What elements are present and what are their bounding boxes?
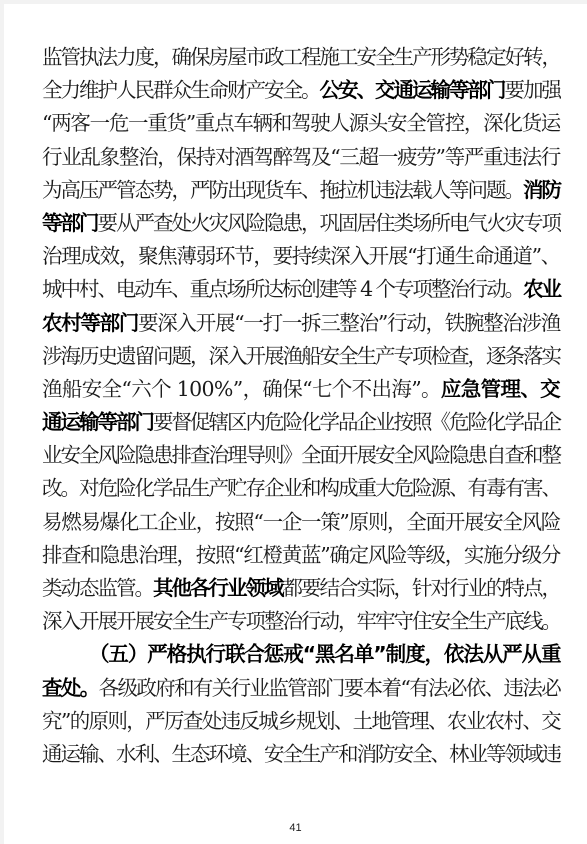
text-line: 等部门要从严查处火灾风险隐患，巩固居住类场所电气火灾专项 [42, 207, 560, 240]
text-line: 行业乱象整治，保持对酒驾醉驾及“三超一疲劳”等严重违法行 [42, 141, 560, 174]
text-segment: 为高压严管态势，严防出现货车、拖拉机违法载人等问题。 [42, 178, 523, 202]
text-line: 涉海历史遗留问题，深入开展渔船安全生产专项检查，逐条落实 [42, 340, 560, 373]
text-segment: 要深入开展“一打一拆三整治”行动，铁腕整治涉渔 [138, 311, 560, 335]
text-line: 改。对危险化学品生产贮存企业和构成重大危险源、有毒有害、 [42, 472, 560, 505]
bold-text-segment: 通运输等部门 [42, 410, 153, 434]
text-segment: 要督促辖区内危险化学品企业按照《危险化学品企 [153, 410, 560, 434]
text-segment: 要加强 [505, 78, 561, 102]
text-line: 全力维护人民群众生命财产安全。公安、交通运输等部门要加强 [42, 74, 560, 107]
document-page: 监管执法力度，确保房屋市政工程施工安全生产形势稳定好转，全力维护人民群众生命财产… [4, 4, 587, 844]
text-segment: 各级政府和有关行业监管部门要本着“有法必依、违法必 [99, 676, 560, 700]
text-line: 排查和隐患治理，按照“红橙黄蓝”确定风险等级，实施分级分 [42, 539, 560, 572]
text-segment: 治理成效，聚焦薄弱环节，要持续深入开展“打通生命通道”、 [42, 244, 560, 268]
text-line: “两客一危一重货”重点车辆和驾驶人源头安全管控，深化货运 [42, 107, 560, 140]
section-heading-line: （五）严格执行联合惩戒“黑名单”制度，依法从严从重 [42, 638, 560, 671]
text-segment: 全力维护人民群众生命财产安全。 [42, 78, 320, 102]
bold-text-segment: 其他各行业领域 [153, 576, 283, 600]
text-segment: 通运输、水利、生态环境、安全生产和消防安全、林业等领域违 [42, 742, 560, 766]
text-segment: 监管执法力度，确保房屋市政工程施工安全生产形势稳定好转， [42, 45, 560, 69]
text-line: 农村等部门要深入开展“一打一拆三整治”行动，铁腕整治涉渔 [42, 307, 560, 340]
text-line: 类动态监管。其他各行业领域都要结合实际，针对行业的特点， [42, 572, 560, 605]
bold-text-segment: 应急管理、交 [441, 377, 560, 401]
bold-text-segment: （五）严格执行联合惩戒“黑名单”制度，依法从严从重 [89, 642, 560, 666]
bold-text-segment: 农业 [523, 277, 560, 301]
text-segment: 要从严查处火灾风险隐患，巩固居住类场所电气火灾专项 [98, 211, 561, 235]
text-segment: 渔船安全“六个 100%”，确保“七个不出海”。 [42, 377, 441, 401]
text-segment: 究”的原则，严厉查处违反城乡规划、土地管理、农业农村、交 [42, 709, 560, 733]
text-segment: 排查和隐患治理，按照“红橙黄蓝”确定风险等级，实施分级分 [42, 543, 560, 567]
page-number: 41 [4, 822, 587, 834]
bold-text-segment: 消防 [523, 178, 560, 202]
text-line: 查处。各级政府和有关行业监管部门要本着“有法必依、违法必 [42, 672, 560, 705]
bold-text-segment: 查处。 [42, 676, 99, 700]
text-segment: 易燃易爆化工企业，按照“一企一策”原则，全面开展安全风险 [42, 510, 560, 534]
text-segment: 城中村、电动车、重点场所达标创建等 4 个专项整治行动。 [42, 277, 523, 301]
text-segment: 都要结合实际，针对行业的特点， [283, 576, 561, 600]
body-text: 监管执法力度，确保房屋市政工程施工安全生产形势稳定好转，全力维护人民群众生命财产… [42, 41, 560, 771]
text-line: 监管执法力度，确保房屋市政工程施工安全生产形势稳定好转， [42, 41, 560, 74]
text-line: 为高压严管态势，严防出现货车、拖拉机违法载人等问题。消防 [42, 174, 560, 207]
text-line: 易燃易爆化工企业，按照“一企一策”原则，全面开展安全风险 [42, 506, 560, 539]
text-line: 究”的原则，严厉查处违反城乡规划、土地管理、农业农村、交 [42, 705, 560, 738]
text-segment: 行业乱象整治，保持对酒驾醉驾及“三超一疲劳”等严重违法行 [42, 145, 560, 169]
text-segment: 业安全风险隐患排查治理导则》全面开展安全风险隐患自查和整 [42, 443, 560, 467]
text-line: 深入开展开展安全生产专项整治行动，牢牢守住安全生产底线。 [42, 605, 560, 638]
text-line: 渔船安全“六个 100%”，确保“七个不出海”。应急管理、交 [42, 373, 560, 406]
text-segment: 改。对危险化学品生产贮存企业和构成重大危险源、有毒有害、 [42, 476, 560, 500]
text-line: 治理成效，聚焦薄弱环节，要持续深入开展“打通生命通道”、 [42, 240, 560, 273]
text-segment: 涉海历史遗留问题，深入开展渔船安全生产专项检查，逐条落实 [42, 344, 560, 368]
text-segment: “两客一危一重货”重点车辆和驾驶人源头安全管控，深化货运 [42, 111, 560, 135]
text-line: 通运输等部门要督促辖区内危险化学品企业按照《危险化学品企 [42, 406, 560, 439]
bold-text-segment: 公安、交通运输等部门 [320, 78, 505, 102]
text-line: 城中村、电动车、重点场所达标创建等 4 个专项整治行动。农业 [42, 273, 560, 306]
bold-text-segment: 农村等部门 [42, 311, 138, 335]
text-segment: 深入开展开展安全生产专项整治行动，牢牢守住安全生产底线。 [42, 609, 560, 633]
text-segment: 类动态监管。 [42, 576, 153, 600]
text-line: 通运输、水利、生态环境、安全生产和消防安全、林业等领域违 [42, 738, 560, 771]
text-line: 业安全风险隐患排查治理导则》全面开展安全风险隐患自查和整 [42, 439, 560, 472]
bold-text-segment: 等部门 [42, 211, 98, 235]
